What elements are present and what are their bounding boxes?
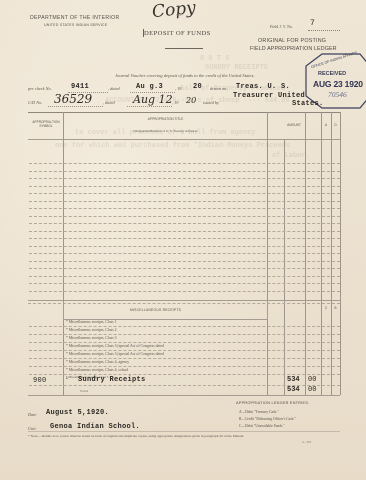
print-code: 4—303 [302,440,311,444]
misc-class-4-school: * Miscellaneous receipts, Class 4, schoo… [66,368,128,372]
service-subheading: UNITED STATES INDIAN SERVICE [44,23,107,27]
misc-class-2: * Miscellaneous receipts, Class 2 [66,328,117,332]
table-row[interactable] [29,374,340,375]
field-jv-label: Field J. V. No. [270,24,293,29]
table-row[interactable] [29,326,340,327]
misc-class-1: * Miscellaneous receipts, Class 1 [66,320,117,324]
table-row[interactable] [29,366,340,367]
table-row[interactable] [29,253,340,254]
title-divider [165,48,203,49]
cd-year: 20 [186,96,196,105]
misc-class-4-agency: * Miscellaneous receipts, Class 4, agenc… [66,360,129,364]
table-row[interactable] [29,231,340,232]
document-page: DEPARTMENT OF THE INTERIOR UNITED STATES… [0,0,366,480]
table-header-divider [28,139,340,140]
table-row[interactable] [29,186,340,187]
total-dollars: 534 [287,386,300,394]
cd-number: 36529 [54,92,92,106]
stamp-status: RECEIVED [318,71,346,77]
check-label: per check No. [28,86,52,91]
field-jv-number: 7 [310,19,315,28]
table-row[interactable] [29,283,340,284]
table-row[interactable] [29,261,340,262]
misc-class-3-special-b: * Miscellaneous receipts, Class 3 (speci… [66,352,164,356]
ledger-entries-heading: APPROPRIATION LEDGER ENTRIES. [236,401,309,405]
bleed-through-text: SUNDRY RECEIPTS [205,64,268,72]
check-number: 9411 [71,83,89,91]
footer-divider [28,431,340,432]
entry-symbol: 900 [33,377,47,385]
table-row[interactable] [29,334,340,335]
col-divider-right [340,112,341,395]
table-row[interactable] [29,342,340,343]
table-row[interactable] [29,291,340,292]
misc-class-3-special-a: * Miscellaneous receipts, Class 3 (speci… [66,344,164,348]
col-header-title-sub: Unexpended Balances of U. S. Treasury Ad… [64,130,267,134]
table-row[interactable] [29,216,340,217]
table-row[interactable] [29,208,340,209]
table-row[interactable] [29,358,340,359]
check-dated-label: , dated [108,86,120,91]
cd-date-line [127,106,172,107]
table-row[interactable] [29,246,340,247]
drawn-on-label: drawn on [210,86,226,91]
col-header-symbol: APPROPRIA-TION SYMBOL [29,121,63,128]
issued-by-label: issued by [203,100,219,105]
col-header-a: A [321,124,331,128]
form-code: 5-117 [176,13,183,17]
bleed-through-text: 8 9 T S [200,55,229,63]
issued-by-line2: States. [292,100,324,108]
col-header-title: APPROPRIATION TITLE [64,118,267,122]
page-title: DEPOSIT OF FUNDS [144,30,211,37]
cd-label: C/D No. [28,100,42,105]
table-top-border [28,112,340,113]
table-row[interactable] [29,276,340,277]
table-row[interactable] [29,178,340,179]
col-header-amount: AMOUNT [268,124,320,128]
drawn-on-value: Treas. U. S. [236,83,290,91]
copy-handwritten-mark: Copy [151,0,197,22]
cd-no-line [48,106,103,107]
table-bottom-border [28,395,340,396]
bleed-through-text: one for which was purchased from "Indian… [55,142,290,150]
table-row[interactable] [29,350,340,351]
check-year: 20 [193,83,202,91]
ledger-entry-b: B—Credit "Disbursing Officer's Cash." [239,417,296,421]
ledger-entry-c: C—Debit "Unavailable Funds." [239,424,285,428]
field-jv-line [308,30,340,31]
cd-dated-label: , dated [103,100,115,105]
table-row[interactable] [29,238,340,239]
date-value: August 5,1920. [46,409,109,417]
department-heading: DEPARTMENT OF THE INTERIOR [30,15,120,21]
col-header-d: D [331,124,340,128]
table-row[interactable] [29,223,340,224]
table-row[interactable] [29,171,340,172]
check-date: Au g.3 [136,83,163,91]
cd-date: Aug 12 [133,93,173,106]
original-posting-label: ORIGINAL FOR POSTING [258,38,326,44]
table-row[interactable] [29,201,340,202]
col-header-c: C [321,307,331,311]
entry-dollars: 534 [287,376,300,384]
date-label: Date [28,412,36,417]
issued-by-line1: Treasurer United [233,92,305,100]
entry-bullet: • [66,377,68,382]
col-header-b: B [331,307,340,311]
total-label: Total [80,389,88,393]
stamp-date: AUG 23 1920 [313,79,363,89]
total-cents: 00 [308,386,316,394]
entry-title: Sundry Receipts [78,376,146,384]
table-row[interactable] [29,163,340,164]
entry-cents: 00 [308,376,316,384]
misc-receipts-header: MISCELLANEOUS RECEIPTS [130,308,181,312]
cd-year-prefix: , 19 [172,100,178,105]
check-year-prefix: , 19 [175,86,181,91]
misc-class-3: * Miscellaneous receipts, Class 3 [66,336,117,340]
table-row[interactable] [29,268,340,269]
footnote: * Note.—Details as to source must be sta… [28,434,348,438]
table-row[interactable] [29,193,340,194]
unit-value: Genoa Indian School. [50,423,140,431]
voucher-intro: Journal Voucher covering deposit of fund… [115,73,255,78]
stamp-number: 70546 [328,90,347,99]
ledger-entry-a: A—Debit "Treasury Cash." [239,410,279,414]
